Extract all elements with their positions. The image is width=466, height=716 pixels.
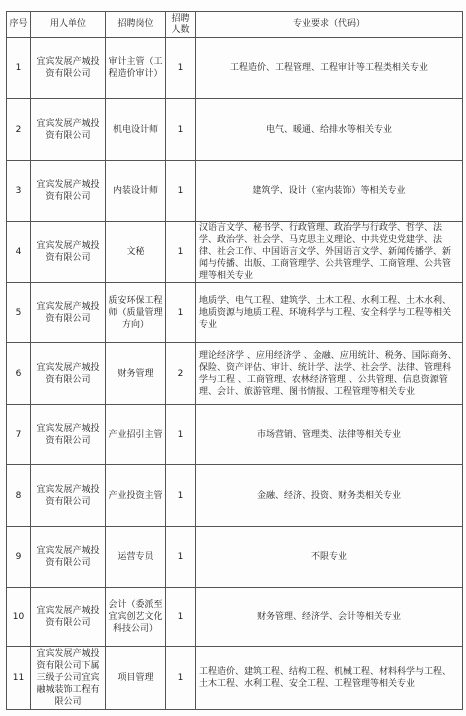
table-row: 2 宜宾发展产城投资有限公司 机电设计师 1 电气、暖通、给排水等相关专业 <box>7 99 463 161</box>
cell-unit: 宜宾发展产城投资有限公司 <box>31 283 106 343</box>
cell-position: 机电设计师 <box>106 99 166 161</box>
table-row: 3 宜宾发展产城投资有限公司 内装设计师 1 建筑学、设计（室内装饰）等相关专业 <box>7 161 463 222</box>
cell-unit: 宜宾发展产城投资有限公司 <box>31 222 106 283</box>
header-row: 序号 用人单位 招聘岗位 招聘人数 专业要求（代码） <box>7 12 463 38</box>
cell-unit: 宜宾发展产城投资有限公司 <box>31 405 106 465</box>
cell-unit: 宜宾发展产城投资有限公司 <box>31 161 106 222</box>
cell-no: 4 <box>7 222 31 283</box>
cell-no: 10 <box>7 588 31 647</box>
cell-requirement: 理论经济学 、应用经济学 、金融、应用统计、税务、国际商务、保险、资产评估、审计… <box>196 343 463 405</box>
cell-count: 2 <box>166 343 196 405</box>
cell-count: 1 <box>166 222 196 283</box>
table-row: 1 宜宾发展产城投资有限公司 审计主管（工程造价审计） 1 工程造价、工程管理、… <box>7 38 463 99</box>
table-row: 7 宜宾发展产城投资有限公司 产业招引主管 1 市场营销、管理类、法律等相关专业 <box>7 405 463 465</box>
header-no: 序号 <box>7 12 31 38</box>
cell-count: 1 <box>166 465 196 527</box>
cell-count: 1 <box>166 588 196 647</box>
header-count: 招聘人数 <box>166 12 196 38</box>
cell-unit: 宜宾发展产城投资有限公司 <box>31 465 106 527</box>
cell-position: 文秘 <box>106 222 166 283</box>
table-row: 9 宜宾发展产城投资有限公司 运营专员 1 不限专业 <box>7 527 463 588</box>
cell-requirement: 建筑学、设计（室内装饰）等相关专业 <box>196 161 463 222</box>
cell-position: 产业招引主管 <box>106 405 166 465</box>
cell-no: 5 <box>7 283 31 343</box>
cell-no: 2 <box>7 99 31 161</box>
cell-requirement: 不限专业 <box>196 527 463 588</box>
header-requirement: 专业要求（代码） <box>196 12 463 38</box>
cell-requirement: 金融、经济、投资、财务类相关专业 <box>196 465 463 527</box>
cell-unit: 宜宾发展产城投资有限公司 <box>31 99 106 161</box>
cell-requirement: 电气、暖通、给排水等相关专业 <box>196 99 463 161</box>
cell-count: 1 <box>166 647 196 710</box>
header-unit: 用人单位 <box>31 12 106 38</box>
cell-no: 11 <box>7 647 31 710</box>
cell-unit: 宜宾发展产城投资有限公司 <box>31 588 106 647</box>
cell-count: 1 <box>166 99 196 161</box>
cell-unit: 宜宾发展产城投资有限公司 <box>31 38 106 99</box>
cell-no: 6 <box>7 343 31 405</box>
table-row: 11 宜宾发展产城投资有限公司下属三级子公司宜宾融城装饰工程有限公司 项目管理 … <box>7 647 463 710</box>
cell-unit: 宜宾发展产城投资有限公司 <box>31 527 106 588</box>
recruitment-table: 序号 用人单位 招聘岗位 招聘人数 专业要求（代码） 1 宜宾发展产城投资有限公… <box>6 11 463 710</box>
cell-no: 3 <box>7 161 31 222</box>
cell-position: 会计（委派至宜宾创艺文化科技公司） <box>106 588 166 647</box>
cell-requirement: 市场营销、管理类、法律等相关专业 <box>196 405 463 465</box>
cell-no: 8 <box>7 465 31 527</box>
table-row: 10 宜宾发展产城投资有限公司 会计（委派至宜宾创艺文化科技公司） 1 财务管理… <box>7 588 463 647</box>
table-row: 4 宜宾发展产城投资有限公司 文秘 1 汉语言文学、秘书学、行政管理、政治学与行… <box>7 222 463 283</box>
cell-count: 1 <box>166 527 196 588</box>
cell-requirement: 地质学、电气工程、建筑学、土木工程、水利工程、土木水利、地质资源与地质工程、环境… <box>196 283 463 343</box>
cell-position: 运营专员 <box>106 527 166 588</box>
cell-count: 1 <box>166 283 196 343</box>
cell-position: 产业投资主管 <box>106 465 166 527</box>
cell-unit: 宜宾发展产城投资有限公司 <box>31 343 106 405</box>
cell-requirement: 工程造价、工程管理、工程审计等工程类相关专业 <box>196 38 463 99</box>
cell-position: 审计主管（工程造价审计） <box>106 38 166 99</box>
table-row: 8 宜宾发展产城投资有限公司 产业投资主管 1 金融、经济、投资、财务类相关专业 <box>7 465 463 527</box>
cell-requirement: 汉语言文学、秘书学、行政管理、政治学与行政学、哲学、法学、政治学、社会学、马克思… <box>196 222 463 283</box>
cell-count: 1 <box>166 405 196 465</box>
cell-position: 项目管理 <box>106 647 166 710</box>
cell-position: 内装设计师 <box>106 161 166 222</box>
cell-position: 财务管理 <box>106 343 166 405</box>
cell-count: 1 <box>166 161 196 222</box>
cell-no: 1 <box>7 38 31 99</box>
cell-unit: 宜宾发展产城投资有限公司下属三级子公司宜宾融城装饰工程有限公司 <box>31 647 106 710</box>
table-row: 6 宜宾发展产城投资有限公司 财务管理 2 理论经济学 、应用经济学 、金融、应… <box>7 343 463 405</box>
cell-requirement: 财务管理、经济学、会计等相关专业 <box>196 588 463 647</box>
table-row: 5 宜宾发展产城投资有限公司 质安环保工程师（质量管理方向） 1 地质学、电气工… <box>7 283 463 343</box>
cell-count: 1 <box>166 38 196 99</box>
cell-no: 9 <box>7 527 31 588</box>
cell-requirement: 工程造价、建筑工程、结构工程、机械工程、材料科学与工程、土木工程、水利工程、安全… <box>196 647 463 710</box>
cell-position: 质安环保工程师（质量管理方向） <box>106 283 166 343</box>
header-position: 招聘岗位 <box>106 12 166 38</box>
cell-no: 7 <box>7 405 31 465</box>
